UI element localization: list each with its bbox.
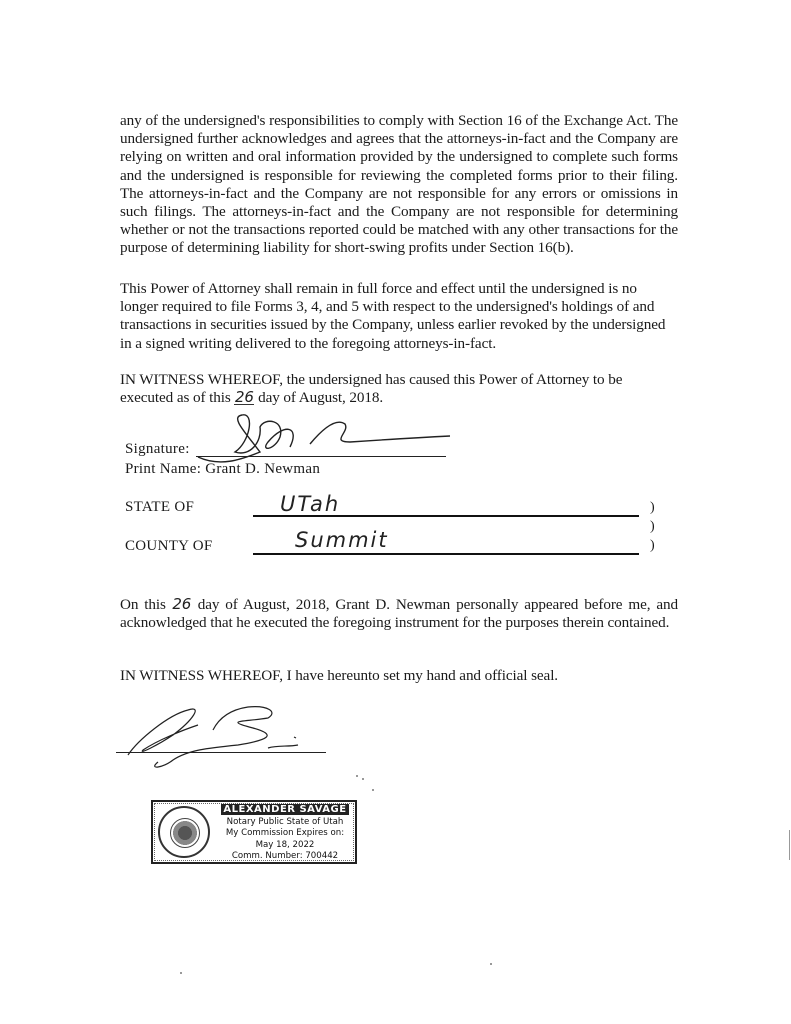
- notary-signature-scribble-icon: [118, 700, 318, 770]
- notary-title: Notary Public State of Utah: [215, 817, 355, 829]
- paragraph-duration: This Power of Attorney shall remain in f…: [120, 280, 678, 353]
- notary-commission-date: May 18, 2022: [215, 840, 355, 852]
- notary-stamp: ALEXANDER SAVAGE Notary Public State of …: [151, 800, 357, 864]
- handwritten-day: 26: [234, 390, 254, 405]
- state-value: UTah: [280, 492, 340, 516]
- bracket-paren: ): [650, 500, 655, 516]
- signature-scribble-icon: [190, 412, 460, 462]
- county-label: COUNTY OF: [125, 538, 213, 555]
- scan-speck: [362, 778, 364, 780]
- signature-label: Signature:: [125, 441, 190, 458]
- county-value: Summit: [295, 528, 389, 552]
- notary-commission-label: My Commission Expires on:: [215, 828, 355, 840]
- handwritten-day: 26: [172, 597, 192, 611]
- bracket-paren: ): [650, 538, 655, 554]
- notary-seal-icon: [158, 806, 210, 858]
- bracket-paren: ): [650, 519, 655, 535]
- paragraph-witness-notary: IN WITNESS WHEREOF, I have hereunto set …: [120, 667, 678, 685]
- scan-speck: [356, 775, 358, 777]
- notary-stamp-text: ALEXANDER SAVAGE Notary Public State of …: [215, 804, 355, 863]
- notary-commission-number: Comm. Number: 700442: [215, 851, 355, 863]
- paragraph-witness-undersigned: IN WITNESS WHEREOF, the undersigned has …: [120, 371, 678, 407]
- witness-text-after: day of August, 2018.: [254, 389, 383, 406]
- ack-text-after: day of August, 2018, Grant D. Newman per…: [120, 596, 678, 631]
- notary-name: ALEXANDER SAVAGE: [221, 804, 348, 815]
- paragraph-acknowledgment: On this 26 day of August, 2018, Grant D.…: [120, 596, 678, 632]
- document-page: any of the undersigned's responsibilitie…: [0, 0, 791, 1024]
- state-label: STATE OF: [125, 499, 194, 516]
- scan-speck: [372, 789, 374, 791]
- scan-speck: [789, 830, 790, 860]
- scan-speck: [180, 972, 182, 974]
- print-name: Print Name: Grant D. Newman: [125, 461, 320, 478]
- county-field-line: [253, 553, 639, 555]
- paragraph-responsibilities: any of the undersigned's responsibilitie…: [120, 112, 678, 258]
- ack-text-before: On this: [120, 596, 172, 613]
- scan-speck: [490, 963, 492, 965]
